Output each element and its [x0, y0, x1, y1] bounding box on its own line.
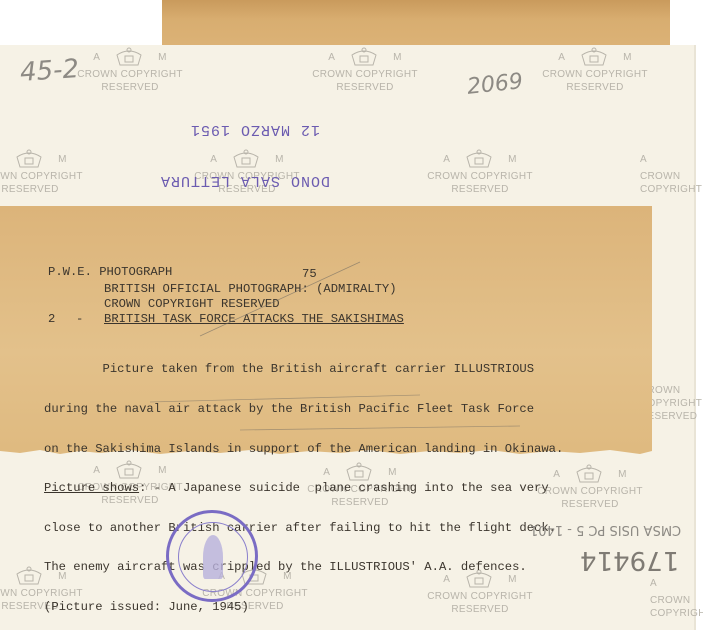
pencil-strike-lines — [0, 0, 703, 640]
library-round-stamp — [166, 510, 258, 602]
handwritten-inventory-number: 179414 — [580, 545, 679, 575]
ship-emblem-icon — [203, 535, 223, 579]
pencil-catalog-note: CMSA USIS PC 5 - 1401 — [530, 522, 681, 537]
